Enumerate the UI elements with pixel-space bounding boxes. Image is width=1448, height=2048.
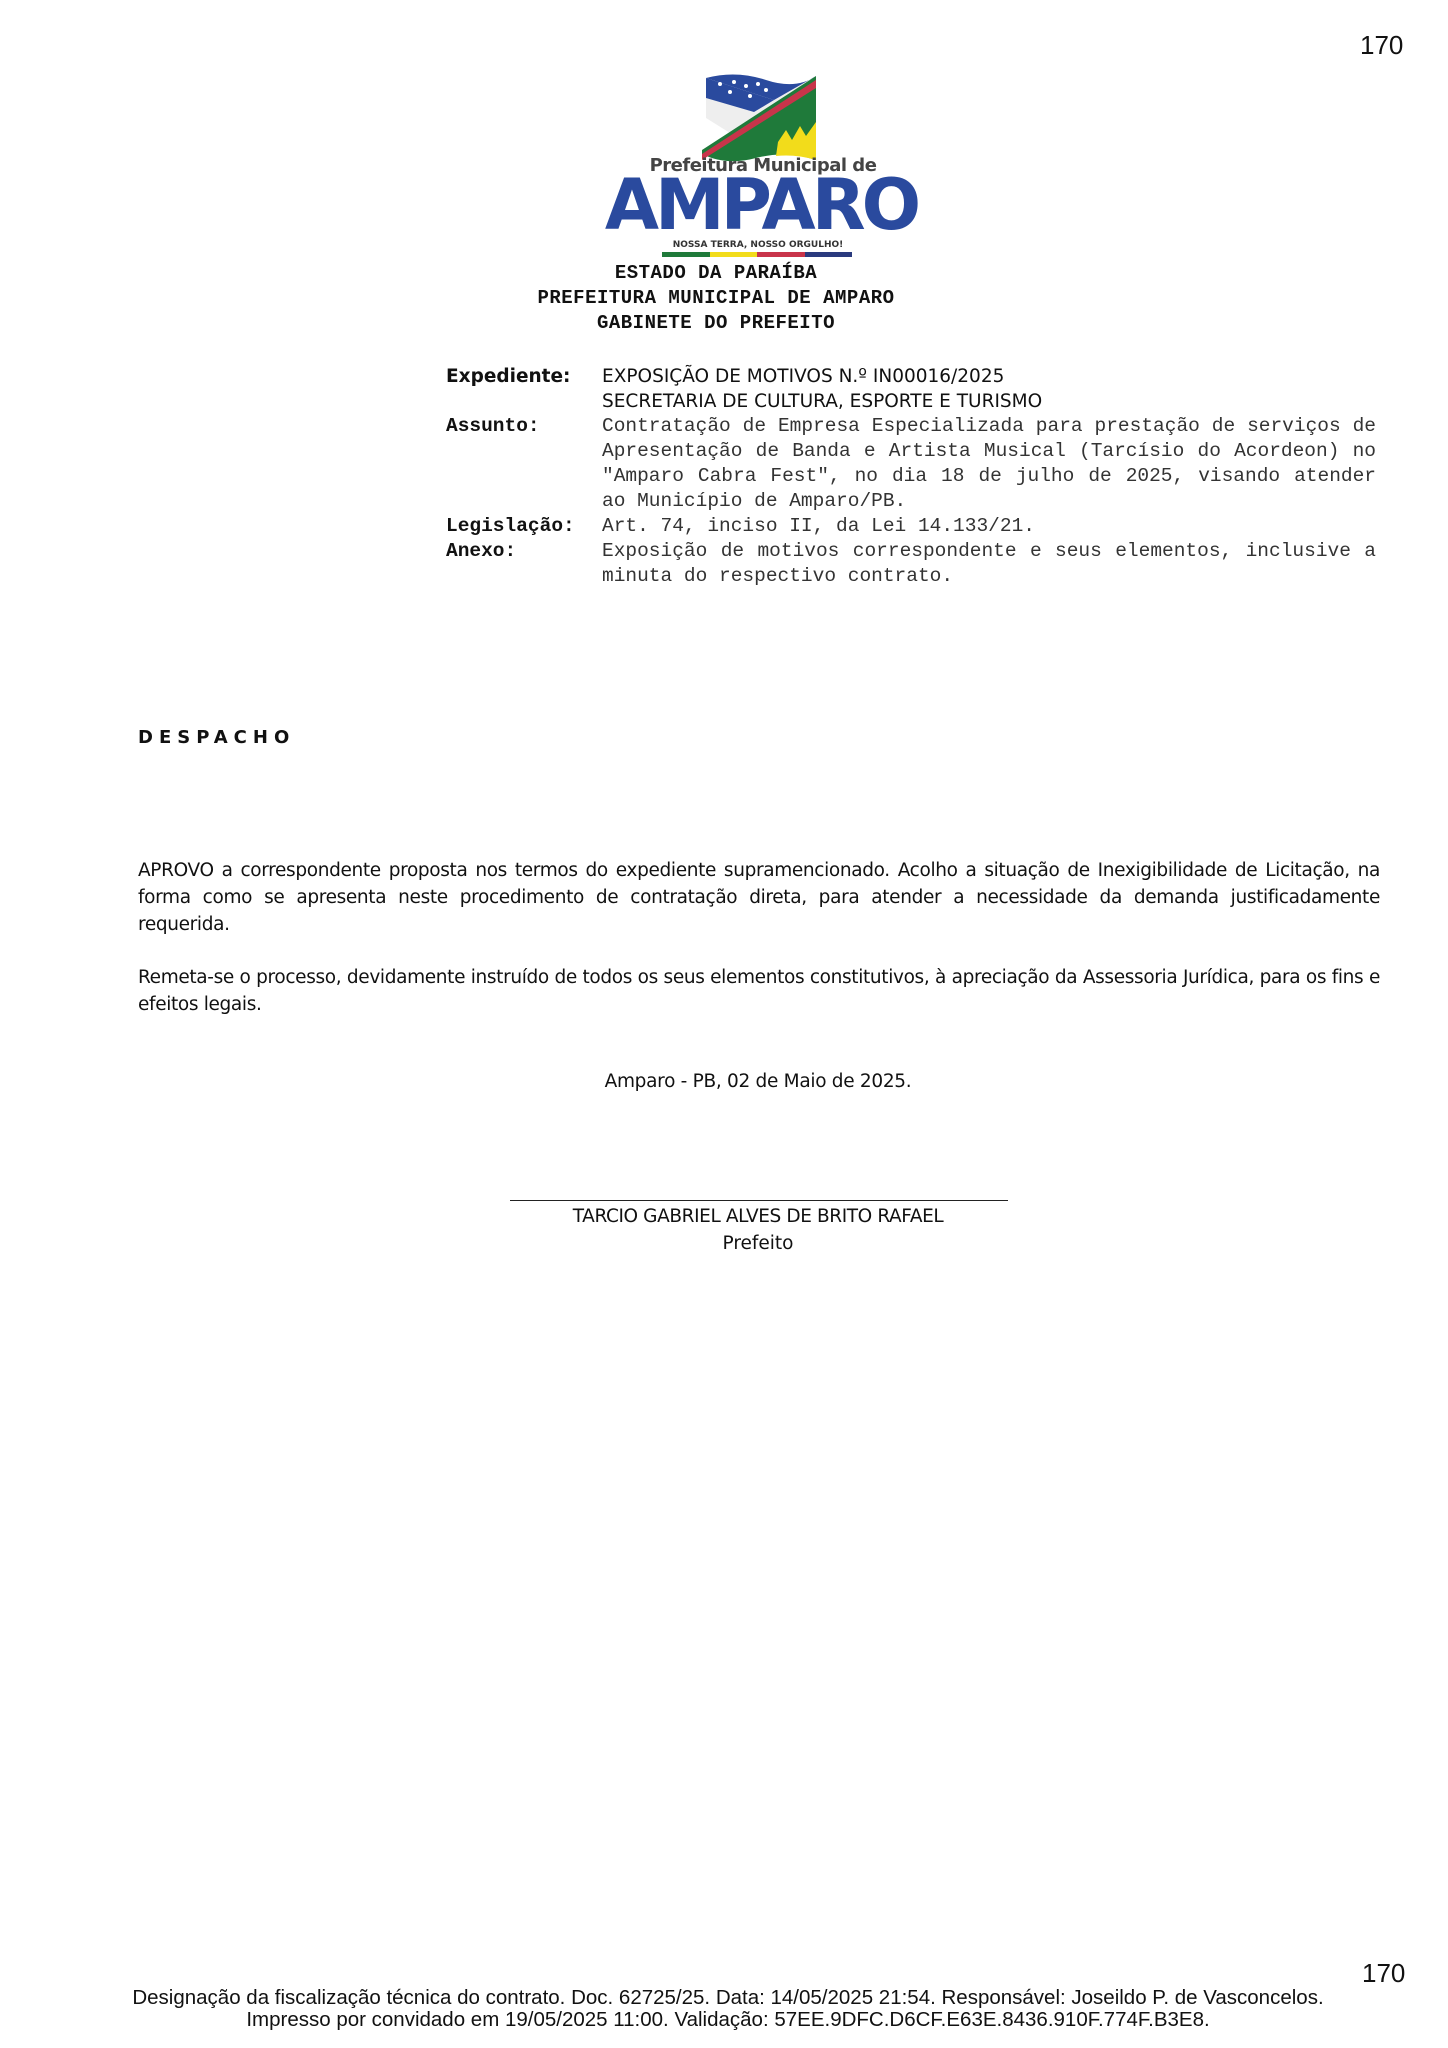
page-number-bottom: 170	[1362, 1958, 1405, 1989]
signatory-role: Prefeito	[34, 1233, 1448, 1254]
meta-expediente: Expediente: EXPOSIÇÃO DE MOTIVOS N.º IN0…	[446, 364, 1376, 414]
assunto-value: Contratação de Empresa Especializada par…	[602, 414, 1376, 514]
logo-slogan: NOSSA TERRA, NOSSO ORGULHO!	[648, 240, 868, 250]
anexo-value: Exposição de motivos correspondente e se…	[602, 539, 1376, 589]
logo-color-bar	[662, 252, 852, 257]
despacho-heading: DESPACHO	[138, 727, 295, 748]
anexo-label: Anexo:	[446, 539, 602, 589]
expediente-label: Expediente:	[446, 364, 602, 414]
legislacao-label: Legislação:	[446, 514, 602, 539]
logo-name: AMPARO	[596, 170, 926, 240]
expediente-line-2: SECRETARIA DE CULTURA, ESPORTE E TURISMO	[602, 389, 1376, 414]
footer-validation: Impresso por convidado em 19/05/2025 11:…	[4, 2008, 1448, 2032]
meta-assunto: Assunto: Contratação de Empresa Especial…	[446, 414, 1376, 514]
header-prefecture: PREFEITURA MUNICIPAL DE AMPARO	[0, 287, 1440, 309]
header-office: GABINETE DO PREFEITO	[0, 312, 1440, 334]
signatory-name: TARCIO GABRIEL ALVES DE BRITO RAFAEL	[34, 1206, 1448, 1227]
legislacao-value: Art. 74, inciso II, da Lei 14.133/21.	[602, 514, 1376, 539]
despacho-paragraph-1: APROVO a correspondente proposta nos ter…	[138, 857, 1380, 938]
expediente-line-1: EXPOSIÇÃO DE MOTIVOS N.º IN00016/2025	[602, 364, 1376, 389]
dateline: Amparo - PB, 02 de Maio de 2025.	[34, 1071, 1448, 1092]
amparo-logo: Prefeitura Municipal de AMPARO NOSSA TER…	[596, 66, 926, 262]
meta-anexo: Anexo: Exposição de motivos corresponden…	[446, 539, 1376, 589]
footer-document-info: Designação da fiscalização técnica do co…	[4, 1986, 1448, 2010]
assunto-label: Assunto:	[446, 414, 602, 514]
signature-line	[510, 1200, 1008, 1201]
document-metadata: Expediente: EXPOSIÇÃO DE MOTIVOS N.º IN0…	[446, 364, 1376, 589]
page-number-top: 170	[1360, 30, 1403, 61]
header-state: ESTADO DA PARAÍBA	[0, 262, 1440, 284]
despacho-paragraph-2: Remeta-se o processo, devidamente instru…	[138, 964, 1380, 1018]
meta-legislacao: Legislação: Art. 74, inciso II, da Lei 1…	[446, 514, 1376, 539]
